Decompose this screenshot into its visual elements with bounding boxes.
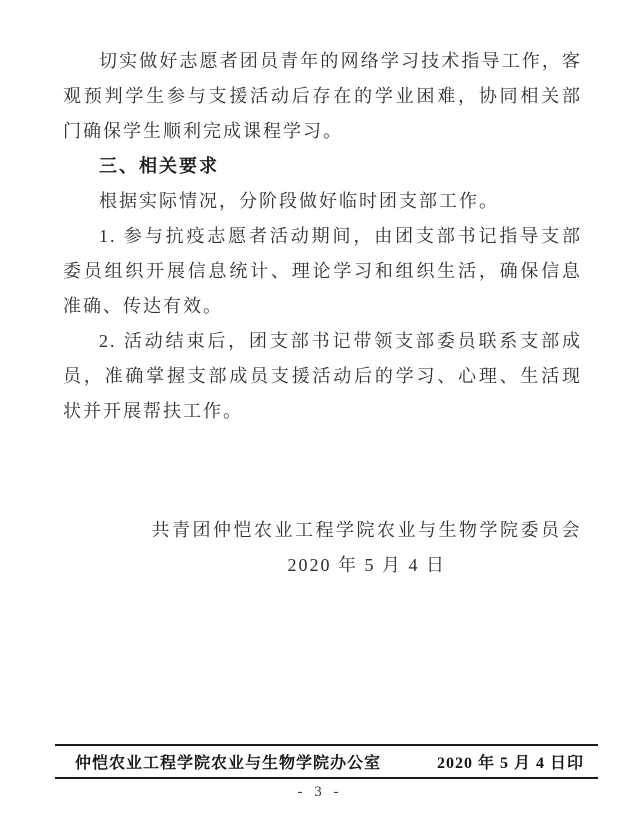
footer-issuing-office: 仲恺农业工程学院农业与生物学院办公室 <box>75 750 381 773</box>
document-page: 切实做好志愿者团员青年的网络学习技术指导工作，客观预判学生参与支援活动后存在的学… <box>0 0 640 840</box>
list-item-1: 1. 参与抗疫志愿者活动期间，由团支部书记指导支部委员组织开展信息统计、理论学习… <box>63 219 582 324</box>
paragraph-intro: 切实做好志愿者团员青年的网络学习技术指导工作，客观预判学生参与支援活动后存在的学… <box>63 44 582 149</box>
footer-issuance-bar: 仲恺农业工程学院农业与生物学院办公室 2020 年 5 月 4 日印 <box>55 744 598 779</box>
signature-block: 共青团仲恺农业工程学院农业与生物学院委员会 2020 年 5 月 4 日 <box>63 513 582 583</box>
paragraph-overview: 根据实际情况，分阶段做好临时团支部工作。 <box>63 184 582 219</box>
signature-date: 2020 年 5 月 4 日 <box>152 548 583 583</box>
section-heading: 三、相关要求 <box>63 149 582 184</box>
page-number: - 3 - <box>0 784 640 801</box>
signature-organization: 共青团仲恺农业工程学院农业与生物学院委员会 <box>152 513 583 548</box>
list-item-2: 2. 活动结束后，团支部书记带领支部委员联系支部成员，准确掌握支部成员支援活动后… <box>63 324 582 429</box>
document-body: 切实做好志愿者团员青年的网络学习技术指导工作，客观预判学生参与支援活动后存在的学… <box>0 0 640 583</box>
footer-print-date: 2020 年 5 月 4 日印 <box>437 750 584 773</box>
